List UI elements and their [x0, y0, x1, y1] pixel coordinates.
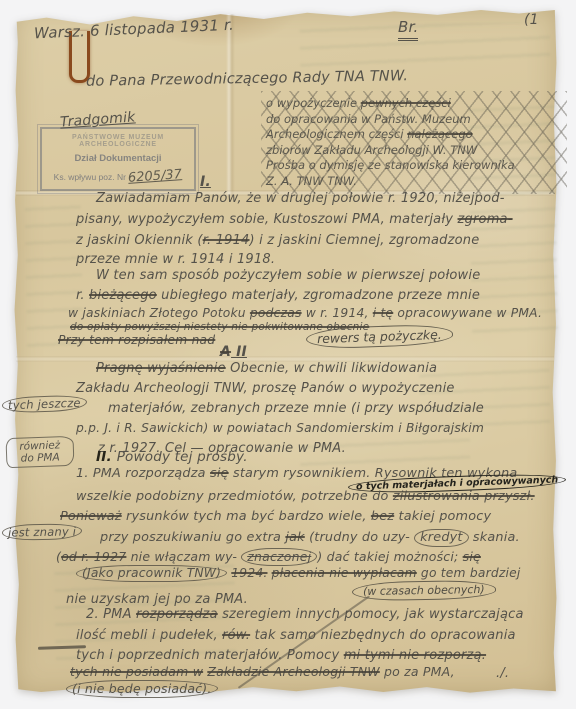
text-segment: jak	[285, 530, 304, 545]
crossed-out-draft: o wypożyczenie pewnych części do opracow…	[266, 96, 562, 189]
text-segment: po za PMA,	[380, 664, 455, 679]
body-line: 2. PMA rozporządza szeregiem innych pomo…	[86, 607, 524, 623]
text-segment: rysunków tych ma być bardzo wiele,	[122, 509, 371, 524]
body-line: materjałów, zebranych przeze mnie (i prz…	[108, 401, 484, 417]
text-segment: ilość mebli i pudełek,	[76, 628, 222, 643]
text-segment: wszelkie podobizny przedmiotów, potrzebn…	[76, 489, 393, 504]
text-segment: skania.	[469, 530, 520, 545]
text-segment: w r. 1914,	[302, 306, 373, 320]
text-segment: zgroma-	[458, 212, 513, 227]
body-line: przeze mnie w r. 1914 i 1918.	[76, 252, 275, 268]
section-2-heading: A II	[220, 344, 247, 362]
registry-stamp: PAŃSTWOWE MUZEUM ARCHEOLOGICZNE Dział Do…	[40, 127, 196, 191]
body-line: w jaskiniach Złotego Potoku podczas w r.…	[68, 306, 542, 321]
text-segment: r.	[76, 288, 89, 303]
text-segment: mi tymi nie rozporzą.	[344, 648, 486, 663]
body-line: nie uzyskam jej po za PMA.	[66, 592, 248, 608]
body-line: przy poszukiwaniu go extra jak (trudny d…	[100, 529, 520, 547]
text-segment: płacenia nie wypłacam	[272, 566, 417, 580]
text-segment: rów.	[222, 628, 250, 643]
document-photo: Warsz. 6 listopada 1931 r. Br. (1 Tradgo…	[0, 0, 576, 709]
text-segment: podczas	[250, 306, 302, 320]
reasons-heading: II. Powody tej prośby.	[96, 449, 248, 466]
text-segment: z jaskini Okiennik (	[76, 233, 203, 248]
end-mark: ./.	[496, 666, 509, 682]
text-segment: ubiegłego materjały, zgromadzone przeze …	[157, 288, 480, 303]
text-segment: (i nie będę posiadać).	[66, 680, 218, 698]
stamp-entry-row: Ks. wpływu poz. Nr 6205/37	[44, 169, 192, 184]
margin-note-known: jest znany i	[2, 523, 82, 541]
text-segment: tych nie posiadam w	[70, 664, 203, 679]
text-segment: Pragnę wyjaśnienie	[96, 361, 226, 376]
bleed-through-text	[300, 22, 551, 70]
text-segment: Przy tem rozpisałem nad	[58, 333, 215, 347]
body-line: (Jako pracownik TNW) 1924. płacenia nie …	[76, 565, 521, 582]
text-segment: 2. PMA	[86, 607, 136, 622]
body-line: Zakładu Archeologji TNW, proszę Panów o …	[76, 381, 455, 397]
text-segment: ) i z jaskini Ciemnej, zgromadzone	[250, 233, 480, 248]
text-segment: zilustrowania przyszł.	[393, 489, 535, 504]
text-segment: Zakładzie Archeologji TNW	[207, 664, 380, 679]
text-segment: znaczonej	[241, 548, 317, 566]
text-segment: pisany, wypożyczyłem sobie, Kustoszowi P…	[76, 212, 458, 227]
body-line: Pragnę wyjaśnienie Obecnie, w chwili lik…	[96, 361, 437, 377]
text-segment: przy poszukiwaniu go extra	[100, 530, 285, 545]
text-segment: Ponieważ	[60, 509, 122, 524]
text-segment: nie włączam wy-	[126, 549, 241, 564]
stamp-institution: PAŃSTWOWE MUZEUM ARCHEOLOGICZNE	[44, 134, 192, 148]
text-segment: W ten sam sposób pożyczyłem sobie w pier…	[96, 268, 480, 283]
text-segment: tych i poprzednich materjałów. Pomocy	[76, 648, 344, 663]
body-line: Zawiadamiam Panów, że w drugiej połowie …	[96, 191, 505, 207]
body-line: (od r. 1927 nie włączam wy- znaczonej) d…	[56, 548, 481, 566]
body-line: Ponieważ rysunków tych ma być bardzo wie…	[60, 509, 491, 525]
text-segment: Zakładu Archeologji TNW, proszę Panów o …	[76, 381, 455, 396]
text-segment: bez	[371, 509, 394, 524]
text-segment: 1. PMA rozporządza	[76, 466, 210, 481]
text-segment: się	[463, 549, 481, 564]
text-segment: r. 1914	[203, 233, 250, 248]
body-line: p.p. J. i R. Sawickich) w powiatach Sand…	[76, 421, 484, 436]
text-segment: (Jako pracownik TNW)	[76, 565, 227, 582]
text-segment: 1924.	[231, 566, 267, 580]
text-segment: Obecnie, w chwili likwidowania	[226, 361, 437, 376]
text-segment: A	[220, 344, 231, 360]
text-segment: opracowywane w PMA.	[393, 306, 542, 320]
body-line: wszelkie podobizny przedmiotów, potrzebn…	[76, 489, 535, 505]
margin-note-line: do PMA	[10, 451, 70, 465]
body-line: W ten sam sposób pożyczyłem sobie w pier…	[96, 268, 480, 284]
body-line: Przy tem rozpisałem nad	[58, 333, 215, 348]
page-number: (1	[524, 12, 539, 30]
text-segment: Powody tej prośby.	[117, 449, 248, 465]
text-segment: (trudny do uzy-	[305, 530, 414, 545]
text-segment: przeze mnie w r. 1914 i 1918.	[76, 252, 275, 267]
text-segment: bieżącego	[89, 288, 157, 303]
text-segment: II	[231, 344, 247, 360]
stamp-entry-label: Ks. wpływu poz. Nr	[54, 172, 126, 182]
body-line: r. bieżącego ubiegłego materjały, zgroma…	[76, 288, 480, 304]
text-segment: w jaskiniach Złotego Potoku	[68, 306, 250, 320]
text-segment: nie uzyskam jej po za PMA.	[66, 592, 248, 607]
body-line: pisany, wypożyczyłem sobie, Kustoszowi P…	[76, 212, 513, 228]
text-segment: i tę	[373, 306, 394, 320]
text-segment: rozporządza	[136, 607, 218, 622]
body-line: z jaskini Okiennik (r. 1914) i z jaskini…	[76, 233, 479, 249]
stamp-department: Dział Dokumentacji	[44, 153, 192, 164]
stamp-entry-number: 6205/37	[128, 167, 183, 186]
text-segment: materjałów, zebranych przeze mnie (i prz…	[108, 401, 484, 416]
text-segment: go tem bardziej	[417, 566, 521, 580]
margin-note-box: również do PMA	[5, 436, 74, 468]
text-segment: od r. 1927	[61, 549, 126, 564]
body-line: ilość mebli i pudełek, rów. tak samo nie…	[76, 628, 516, 644]
body-line: (i nie będę posiadać).	[66, 680, 218, 698]
text-segment: ) dać takiej możności;	[317, 549, 462, 564]
text-segment: tak samo niezbędnych do opracowania	[250, 628, 516, 643]
text-segment: się	[210, 466, 229, 481]
cross-hatch-strikeout	[261, 91, 567, 194]
text-segment: takiej pomocy	[394, 509, 491, 524]
text-segment: Zawiadamiam Panów, że w drugiej połowie …	[96, 191, 505, 206]
text-segment: p.p. J. i R. Sawickich) w powiatach Sand…	[76, 421, 484, 435]
text-segment: II.	[96, 449, 117, 465]
letter-mark: Br.	[398, 18, 418, 41]
section-1-heading: I.	[200, 174, 211, 192]
text-segment: kredyt	[414, 529, 468, 547]
text-segment: szeregiem innych pomocy, jak wystarczają…	[218, 607, 524, 622]
